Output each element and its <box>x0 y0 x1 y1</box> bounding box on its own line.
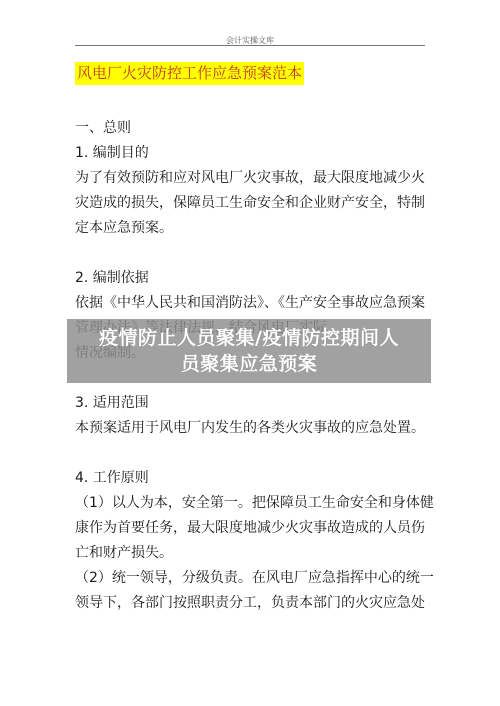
subsection-heading: 4. 工作原则 <box>75 466 435 491</box>
overlay-title-line-2: 员聚集应急预案 <box>181 351 318 377</box>
paragraph-line: 为了有效预防和应对风电厂火灾事故，最大限度地减少火 <box>75 166 435 191</box>
document-page: 会计实操文库 风电厂火灾防控工作应急预案范本 一、总则 1. 编制目的 为了有效… <box>0 0 500 706</box>
paragraph-line: 灾造成的损失，保障员工生命安全和企业财产安全，特制 <box>75 191 435 216</box>
header-divider <box>75 45 425 46</box>
document-title: 风电厂火灾防控工作应急预案范本 <box>75 62 304 85</box>
paragraph-line: 康作为首要任务，最大限度地减少火灾事故造成的人员伤 <box>75 516 435 541</box>
paragraph-line: 本预案适用于风电厂内发生的各类火灾事故的应急处置。 <box>75 416 435 441</box>
subsection-heading: 3. 适用范围 <box>75 391 435 416</box>
section-heading: 一、总则 <box>75 116 435 141</box>
paragraph-line: 定本应急预案。 <box>75 216 435 241</box>
paragraph-line: 亡和财产损失。 <box>75 541 435 566</box>
overlay-title-line-1: 疫情防止人员聚集/疫情防控期间人 <box>99 325 399 351</box>
paragraph-line: 领导下，各部门按照职责分工，负责本部门的火灾应急处 <box>75 591 435 616</box>
paragraph-line: （2）统一领导，分级负责。在风电厂应急指挥中心的统一 <box>75 566 435 591</box>
spacer <box>75 441 435 466</box>
subsection-heading: 2. 编制依据 <box>75 266 435 291</box>
paragraph-line: （1）以人为本，安全第一。把保障员工生命安全和身体健 <box>75 491 435 516</box>
subsection-heading: 1. 编制目的 <box>75 141 435 166</box>
paragraph-line: 依据《中华人民共和国消防法》、《生产安全事故应急预案 <box>75 291 435 316</box>
spacer <box>75 241 435 266</box>
title-overlay-banner: 疫情防止人员聚集/疫情防控期间人 员聚集应急预案 <box>67 319 431 383</box>
